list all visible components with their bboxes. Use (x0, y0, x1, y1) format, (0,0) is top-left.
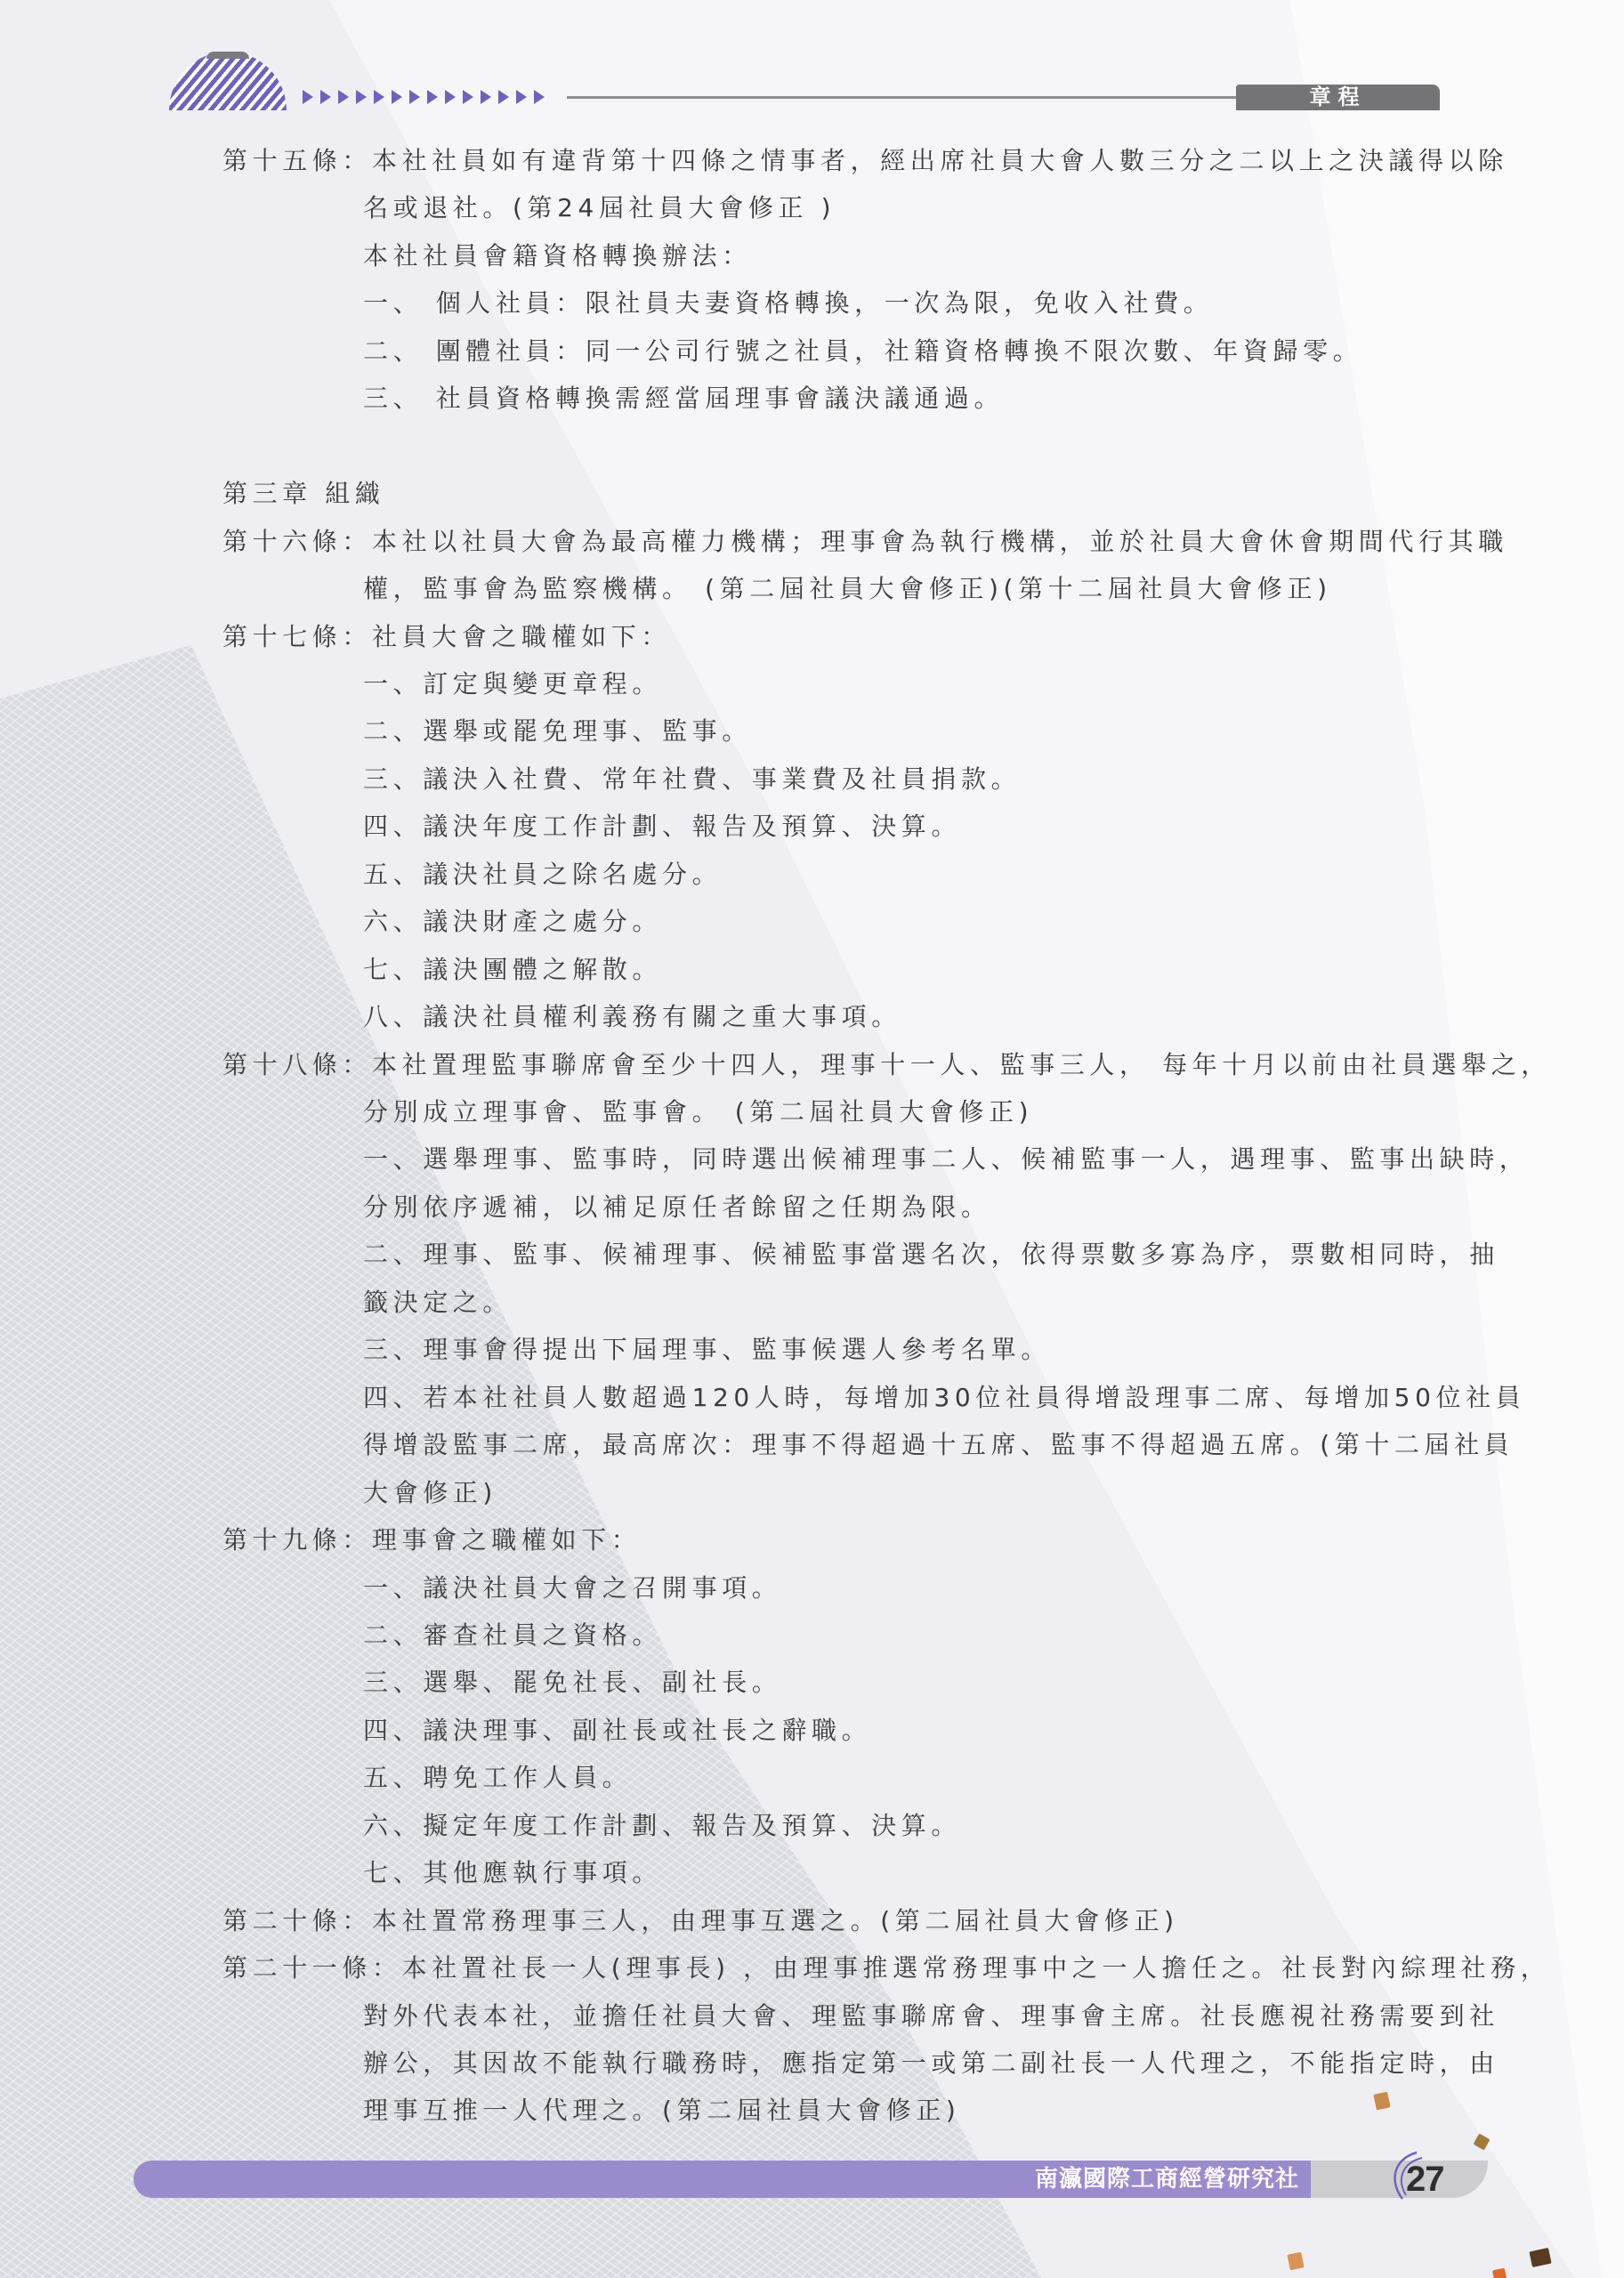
confetti-decoration (1373, 2092, 1390, 2111)
arrow-row-decoration (303, 90, 545, 105)
arrow-icon (303, 90, 313, 104)
arrow-icon (320, 90, 331, 104)
article-heading-line: 第十八條：本社置理監事聯席會至少十四人，理事十一人、監事三人， 每年十月以前由社… (222, 1050, 1551, 1080)
page-number: 27 (1406, 2161, 1444, 2198)
article-heading-line: 第十六條：本社以社員大會為最高權力機構；理事會為執行機構，並於社員大會休會期間代… (222, 527, 1508, 557)
text-line-indented: 一、 個人社員：限社員夫妻資格轉換，一次為限，免收入社費。 (363, 288, 1213, 319)
text-line-indented: 權，監事會為監察機構。 (第二屆社員大會修正)(第十二屆社員大會修正) (363, 574, 1332, 604)
confetti-decoration (1287, 2252, 1304, 2271)
arrow-icon (338, 90, 349, 104)
text-line-indented: 籤決定之。 (363, 1288, 513, 1318)
arrow-icon (409, 90, 420, 104)
organization-name: 南瀛國際工商經營研究社 (1014, 2161, 1299, 2198)
striped-half-circle-icon (169, 52, 287, 110)
arrow-icon (445, 90, 456, 104)
arrow-icon (392, 90, 402, 104)
text-line-indented: 三、 社員資格轉換需經當屆理事會議決議通過。 (363, 384, 1004, 414)
text-line-indented: 分別依序遞補，以補足原任者餘留之任期為限。 (363, 1192, 991, 1223)
text-line-indented: 一、訂定與變更章程。 (363, 669, 662, 699)
text-line-indented: 辦公，其因故不能執行職務時，應指定第一或第二副社長一人代理之，不能指定時，由 (363, 2048, 1499, 2079)
text-line-indented: 理事互推一人代理之。(第二屆社員大會修正) (363, 2096, 960, 2126)
text-line-indented: 三、理事會得提出下屆理事、監事候選人參考名單。 (363, 1335, 1051, 1365)
article-heading-line: 第三章 組織 (222, 479, 385, 509)
arrow-icon (374, 90, 384, 104)
article-heading-line: 第二十一條：本社置社長一人(理事長) ，由理事推選常務理事中之一人擔任之。社長對… (222, 1953, 1550, 1983)
header-rule (567, 96, 1236, 99)
text-line-indented: 一、選舉理事、監事時，同時選出候補理事二人、候補監事一人，遇理事、監事出缺時， (363, 1144, 1529, 1175)
confetti-decoration (1473, 2133, 1490, 2150)
text-line-indented: 分別成立理事會、監事會。 (第二屆社員大會修正) (363, 1097, 1033, 1127)
text-line-indented: 大會修正) (363, 1478, 497, 1508)
text-line-indented: 六、議決財產之處分。 (363, 907, 662, 937)
confetti-decoration (1529, 2248, 1551, 2267)
text-line-indented: 八、議決社員權利義務有關之重大事項。 (363, 1002, 901, 1032)
arrow-icon (498, 90, 509, 104)
text-line-indented: 對外代表本社，並擔任社員大會、理監事聯席會、理事會主席。社長應視社務需要到社 (363, 2001, 1499, 2032)
article-heading-line: 第十五條：本社社員如有違背第十四條之情事者，經出席社員大會人數三分之二以上之決議… (222, 146, 1508, 176)
text-line-indented: 二、 團體社員：同一公司行號之社員，社籍資格轉換不限次數、年資歸零。 (363, 336, 1362, 367)
article-heading-line: 第十九條：理事會之職權如下： (222, 1525, 641, 1555)
article-heading-line: 第二十條：本社置常務理事三人，由理事互選之。(第二屆社員大會修正) (222, 1906, 1179, 1936)
text-line-indented: 二、選舉或罷免理事、監事。 (363, 716, 752, 747)
text-line-indented: 得增設監事二席，最高席次：理事不得超過十五席、監事不得超過五席。(第十二屆社員 (363, 1430, 1514, 1460)
text-line-indented: 六、擬定年度工作計劃、報告及預算、決算。 (363, 1811, 961, 1841)
arrow-icon (427, 90, 438, 104)
text-line-indented: 四、議決理事、副社長或社長之辭職。 (363, 1716, 871, 1746)
text-line-indented: 二、審查社員之資格。 (363, 1620, 662, 1651)
text-line-indented: 五、議決社員之除名處分。 (363, 860, 722, 890)
confetti-decoration (1492, 2268, 1507, 2278)
text-line-indented: 四、若本社社員人數超過120人時，每增加30位社員得增設理事二席、每增加50位社… (363, 1383, 1525, 1413)
arrow-icon (481, 90, 491, 104)
arrow-icon (534, 90, 545, 104)
text-line-indented: 三、選舉、罷免社長、副社長。 (363, 1668, 781, 1698)
section-tab: 章程 (1236, 85, 1440, 110)
arrow-icon (356, 90, 367, 104)
arrow-icon (463, 90, 473, 104)
text-line-indented: 七、其他應執行事項。 (363, 1858, 662, 1888)
text-line-indented: 本社社員會籍資格轉換辦法： (363, 241, 752, 271)
article-heading-line: 第十七條：社員大會之職權如下： (222, 622, 671, 652)
text-line-indented: 五、聘免工作人員。 (363, 1763, 632, 1793)
text-line-indented: 三、議決入社費、常年社費、事業費及社員捐款。 (363, 764, 1021, 795)
text-line-indented: 七、議決團體之解散。 (363, 955, 662, 985)
half-circle-cap (206, 52, 249, 59)
text-line-indented: 名或退社。(第24屆社員大會修正 ) (363, 193, 836, 223)
arrow-icon (516, 90, 527, 104)
text-line-indented: 四、議決年度工作計劃、報告及預算、決算。 (363, 812, 961, 842)
text-line-indented: 二、理事、監事、候補理事、候補監事當選名次，依得票數多寡為序，票數相同時，抽 (363, 1240, 1499, 1270)
text-line-indented: 一、議決社員大會之召開事項。 (363, 1573, 781, 1603)
